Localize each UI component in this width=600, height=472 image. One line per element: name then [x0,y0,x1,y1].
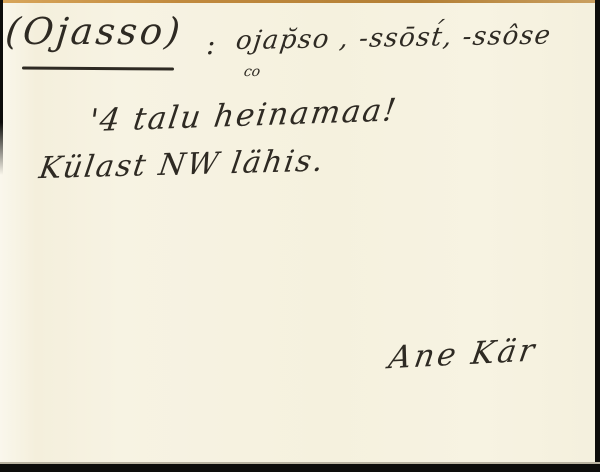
card-paper [0,0,600,472]
phonetic-subscript-notation: co [243,64,262,80]
separator-colon: : [206,28,215,61]
scan-edge-top [0,0,600,3]
scanned-index-card: (Ojasso) : ojap̆so , -ssōst́, -ssôse c… [0,0,600,472]
phonetic-transcription: ojap̆so , -ssōst́, -ssôse [234,20,553,56]
headword: (Ojasso) [3,10,185,53]
scan-edge-left [0,0,3,175]
scan-edge-right [595,0,600,472]
scan-edge-bottom [0,462,600,472]
